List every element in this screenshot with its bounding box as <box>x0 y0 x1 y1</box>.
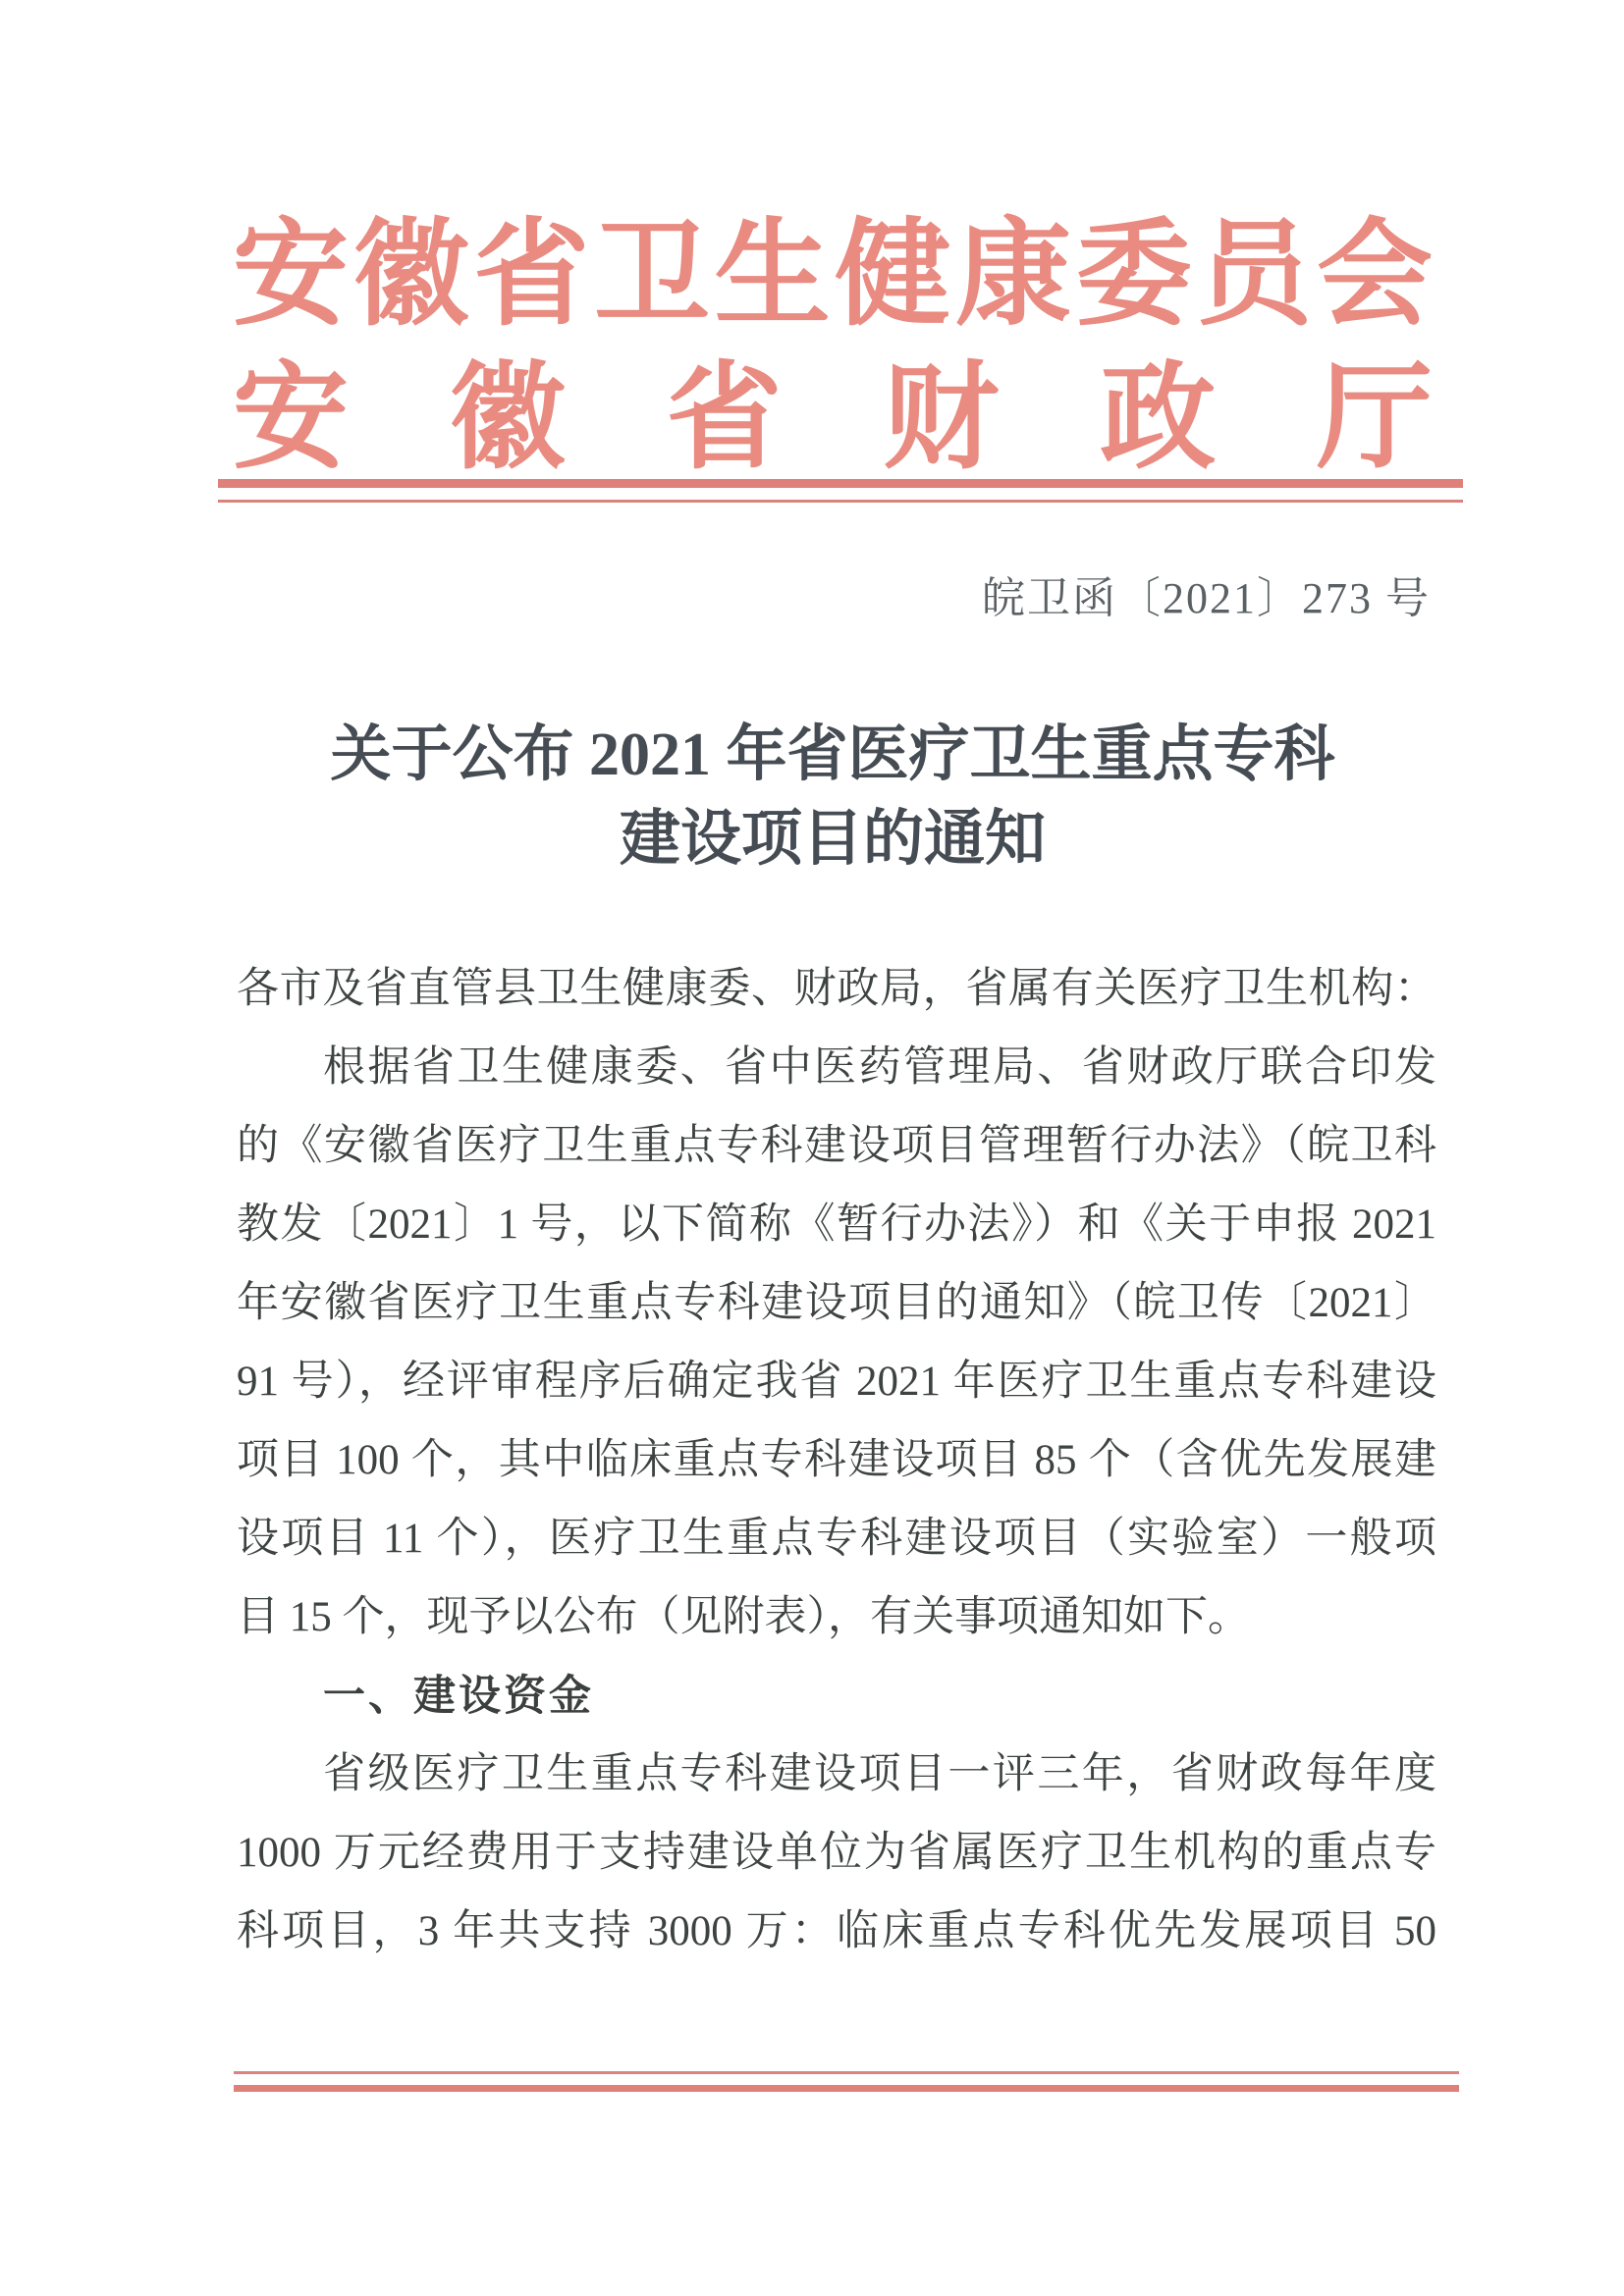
body-line: 根据省卫生健康委、省中医药管理局、省财政厅联合印发 <box>237 1029 1436 1107</box>
letterhead-agency-2: 安徽省财政厅 <box>233 347 1433 491</box>
document-title-line-1: 关于公布 2021 年省医疗卫生重点专科 <box>233 713 1433 797</box>
body-line-salutation: 各市及省直管县卫生健康委、财政局，省属有关医疗卫生机构： <box>237 950 1436 1029</box>
footer-rule-thick <box>234 2085 1459 2092</box>
footer-rule-thin <box>234 2071 1459 2074</box>
body-line: 的《安徽省医疗卫生重点专科建设项目管理暂行办法》（皖卫科 <box>237 1107 1436 1186</box>
letterhead-agency-1: 安徽省卫生健康委员会 <box>233 204 1433 347</box>
document-page: 安徽省卫生健康委员会 安徽省财政厅 皖卫函〔2021〕273 号 关于公布 20… <box>0 0 1624 2296</box>
body-line: 项目 100 个，其中临床重点专科建设项目 85 个（含优先发展建 <box>237 1421 1436 1500</box>
header-rule-thick <box>218 479 1463 488</box>
body-line: 91 号），经评审程序后确定我省 2021 年医疗卫生重点专科建设 <box>237 1343 1436 1421</box>
body-line: 设项目 11 个），医疗卫生重点专科建设项目（实验室）一般项 <box>237 1500 1436 1578</box>
body-line: 1000 万元经费用于支持建设单位为省属医疗卫生机构的重点专 <box>237 1814 1436 1893</box>
body-line: 科项目，3 年共支持 3000 万：临床重点专科优先发展项目 50 <box>237 1893 1436 1971</box>
document-number: 皖卫函〔2021〕273 号 <box>233 571 1433 626</box>
body-line: 年安徽省医疗卫生重点专科建设项目的通知》（皖卫传〔2021〕 <box>237 1264 1436 1343</box>
body-line: 教发〔2021〕1 号，以下简称《暂行办法》）和《关于申报 2021 <box>237 1186 1436 1264</box>
letterhead: 安徽省卫生健康委员会 安徽省财政厅 <box>233 204 1433 491</box>
body-line: 省级医疗卫生重点专科建设项目一评三年，省财政每年度 <box>237 1735 1436 1814</box>
header-rule-thin <box>218 500 1463 503</box>
document-title-line-2: 建设项目的通知 <box>233 797 1433 881</box>
body-line: 目 15 个，现予以公布（见附表），有关事项通知如下。 <box>237 1578 1436 1657</box>
document-body: 各市及省直管县卫生健康委、财政局，省属有关医疗卫生机构： 根据省卫生健康委、省中… <box>237 950 1436 1971</box>
document-title: 关于公布 2021 年省医疗卫生重点专科 建设项目的通知 <box>233 713 1433 881</box>
header-divider <box>218 479 1463 503</box>
section-heading-1: 一、建设资金 <box>237 1657 1436 1735</box>
footer-divider <box>234 2071 1459 2092</box>
